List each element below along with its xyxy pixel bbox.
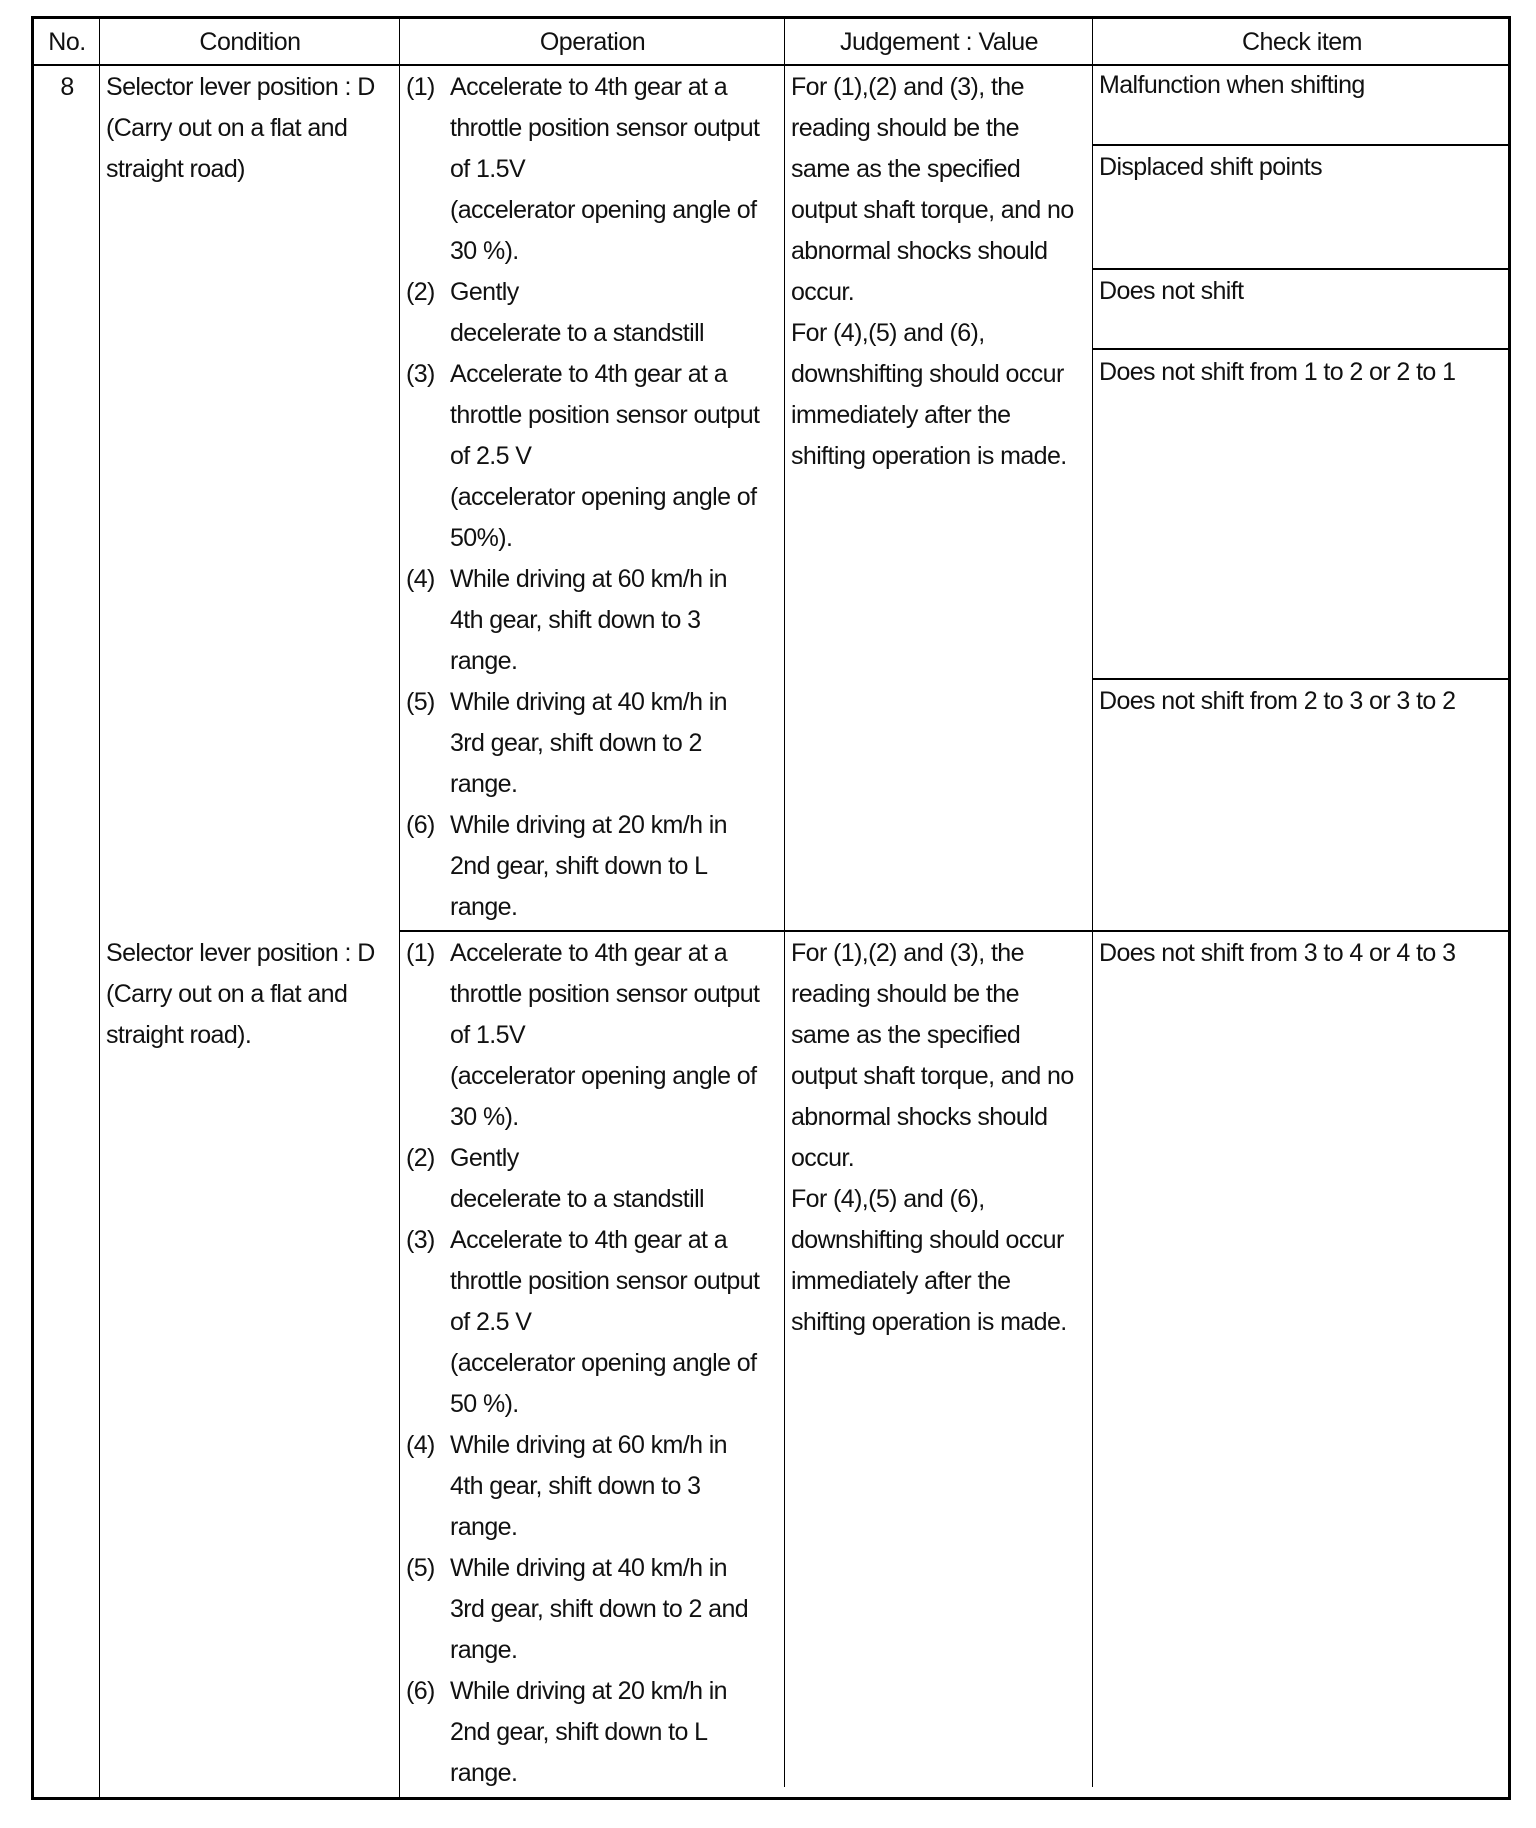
header-check-item: Check item bbox=[1093, 19, 1511, 66]
judgement-line: same as the specified bbox=[791, 1015, 1074, 1056]
operation-line: 4th gear, shift down to 3 bbox=[450, 1466, 759, 1507]
operation-line: (accelerator opening angle of bbox=[450, 1056, 759, 1097]
operation-line: decelerate to a standstill bbox=[450, 1179, 759, 1220]
judgement-line: occur. bbox=[791, 1138, 1074, 1179]
operation-step: (5)While driving at 40 km/h in3rd gear, … bbox=[400, 682, 759, 805]
operation-line: While driving at 60 km/h in bbox=[450, 1425, 759, 1466]
step-number: (2) bbox=[406, 272, 435, 313]
check-item-divider bbox=[1092, 268, 1511, 270]
header-no: No. bbox=[34, 19, 100, 66]
operation-line: While driving at 20 km/h in bbox=[450, 1671, 759, 1712]
condition-line: (Carry out on a flat and bbox=[106, 108, 375, 149]
judgement-line: reading should be the bbox=[791, 108, 1074, 149]
operation-line: 50 %). bbox=[450, 1384, 759, 1425]
judgement-line: For (4),(5) and (6), bbox=[791, 313, 1074, 354]
check-item: Malfunction when shifting bbox=[1099, 65, 1365, 106]
step-number: (5) bbox=[406, 682, 435, 723]
operation-cell: (1)Accelerate to 4th gear at athrottle p… bbox=[400, 933, 759, 1794]
judgement-line: output shaft torque, and no bbox=[791, 190, 1074, 231]
operation-line: 2nd gear, shift down to L bbox=[450, 846, 759, 887]
condition-cell: Selector lever position : D(Carry out on… bbox=[106, 67, 375, 190]
step-number: (4) bbox=[406, 559, 435, 600]
operation-line: Accelerate to 4th gear at a bbox=[450, 933, 759, 974]
judgement-line: For (4),(5) and (6), bbox=[791, 1179, 1074, 1220]
condition-line: Selector lever position : D bbox=[106, 933, 375, 974]
operation-step: (2)Gentlydecelerate to a standstill bbox=[400, 1138, 759, 1220]
operation-step: (4)While driving at 60 km/h in4th gear, … bbox=[400, 559, 759, 682]
step-number: (1) bbox=[406, 67, 435, 108]
row-number: 8 bbox=[34, 67, 100, 108]
operation-line: of 1.5V bbox=[450, 1015, 759, 1056]
operation-line: (accelerator opening angle of bbox=[450, 1343, 759, 1384]
operation-line: Gently bbox=[450, 272, 759, 313]
judgement-line: For (1),(2) and (3), the bbox=[791, 933, 1074, 974]
operation-step: (6)While driving at 20 km/h in2nd gear, … bbox=[400, 805, 759, 928]
judgement-line: shifting operation is made. bbox=[791, 436, 1074, 477]
inspection-table: No. Condition Operation Judgement : Valu… bbox=[31, 16, 1511, 1800]
operation-line: decelerate to a standstill bbox=[450, 313, 759, 354]
operation-line: Accelerate to 4th gear at a bbox=[450, 354, 759, 395]
column-divider-no bbox=[99, 19, 100, 1800]
step-number: (3) bbox=[406, 1220, 435, 1261]
operation-line: 30 %). bbox=[450, 1097, 759, 1138]
header-condition: Condition bbox=[100, 19, 400, 66]
check-item: Does not shift from 3 to 4 or 4 to 3 bbox=[1099, 933, 1455, 974]
operation-step: (6)While driving at 20 km/h in2nd gear, … bbox=[400, 1671, 759, 1794]
operation-step: (1)Accelerate to 4th gear at athrottle p… bbox=[400, 67, 759, 272]
operation-line: (accelerator opening angle of bbox=[450, 477, 759, 518]
step-number: (3) bbox=[406, 354, 435, 395]
step-number: (4) bbox=[406, 1425, 435, 1466]
operation-line: Gently bbox=[450, 1138, 759, 1179]
condition-line: (Carry out on a flat and bbox=[106, 974, 375, 1015]
judgement-line: immediately after the bbox=[791, 395, 1074, 436]
operation-line: 2nd gear, shift down to L bbox=[450, 1712, 759, 1753]
column-divider-operation bbox=[784, 19, 785, 1787]
operation-step: (3)Accelerate to 4th gear at athrottle p… bbox=[400, 354, 759, 559]
operation-line: range. bbox=[450, 1630, 759, 1671]
operation-line: 4th gear, shift down to 3 bbox=[450, 600, 759, 641]
operation-line: range. bbox=[450, 887, 759, 928]
judgement-cell: For (1),(2) and (3), thereading should b… bbox=[791, 933, 1074, 1343]
operation-line: of 2.5 V bbox=[450, 436, 759, 477]
operation-step: (4)While driving at 60 km/h in4th gear, … bbox=[400, 1425, 759, 1548]
judgement-line: reading should be the bbox=[791, 974, 1074, 1015]
operation-line: Accelerate to 4th gear at a bbox=[450, 1220, 759, 1261]
judgement-cell: For (1),(2) and (3), thereading should b… bbox=[791, 67, 1074, 477]
operation-line: (accelerator opening angle of bbox=[450, 190, 759, 231]
operation-line: throttle position sensor output bbox=[450, 974, 759, 1015]
step-number: (6) bbox=[406, 805, 435, 846]
judgement-line: output shaft torque, and no bbox=[791, 1056, 1074, 1097]
judgement-line: immediately after the bbox=[791, 1261, 1074, 1302]
operation-cell: (1)Accelerate to 4th gear at athrottle p… bbox=[400, 67, 759, 928]
operation-line: throttle position sensor output bbox=[450, 1261, 759, 1302]
operation-step: (2)Gentlydecelerate to a standstill bbox=[400, 272, 759, 354]
operation-line: of 1.5V bbox=[450, 149, 759, 190]
operation-line: While driving at 40 km/h in bbox=[450, 1548, 759, 1589]
step-number: (6) bbox=[406, 1671, 435, 1712]
column-divider-judgement bbox=[1092, 19, 1093, 1787]
check-item-divider bbox=[1092, 144, 1511, 146]
check-item-divider bbox=[1092, 348, 1511, 350]
condition-line: straight road). bbox=[106, 1015, 375, 1056]
operation-line: of 2.5 V bbox=[450, 1302, 759, 1343]
operation-line: 30 %). bbox=[450, 231, 759, 272]
operation-line: range. bbox=[450, 764, 759, 805]
check-item-divider bbox=[1092, 678, 1511, 680]
operation-step: (5)While driving at 40 km/h in3rd gear, … bbox=[400, 1548, 759, 1671]
operation-line: range. bbox=[450, 1507, 759, 1548]
check-item: Displaced shift points bbox=[1099, 147, 1322, 188]
operation-line: 3rd gear, shift down to 2 and bbox=[450, 1589, 759, 1630]
step-number: (2) bbox=[406, 1138, 435, 1179]
operation-step: (3)Accelerate to 4th gear at athrottle p… bbox=[400, 1220, 759, 1425]
condition-line: Selector lever position : D bbox=[106, 67, 375, 108]
judgement-line: abnormal shocks should bbox=[791, 231, 1074, 272]
judgement-line: For (1),(2) and (3), the bbox=[791, 67, 1074, 108]
operation-line: While driving at 40 km/h in bbox=[450, 682, 759, 723]
operation-step: (1)Accelerate to 4th gear at athrottle p… bbox=[400, 933, 759, 1138]
check-item: Does not shift from 1 to 2 or 2 to 1 bbox=[1099, 352, 1455, 393]
header-operation: Operation bbox=[400, 19, 785, 66]
operation-line: 50%). bbox=[450, 518, 759, 559]
header-judgement: Judgement : Value bbox=[785, 19, 1093, 66]
condition-cell: Selector lever position : D(Carry out on… bbox=[106, 933, 375, 1056]
step-number: (1) bbox=[406, 933, 435, 974]
operation-line: range. bbox=[450, 641, 759, 682]
check-item: Does not shift bbox=[1099, 271, 1243, 312]
operation-line: 3rd gear, shift down to 2 bbox=[450, 723, 759, 764]
operation-line: range. bbox=[450, 1753, 759, 1794]
operation-line: throttle position sensor output bbox=[450, 395, 759, 436]
judgement-line: downshifting should occur bbox=[791, 1220, 1074, 1261]
operation-line: throttle position sensor output bbox=[450, 108, 759, 149]
block-divider bbox=[399, 930, 1511, 932]
operation-line: Accelerate to 4th gear at a bbox=[450, 67, 759, 108]
operation-line: While driving at 20 km/h in bbox=[450, 805, 759, 846]
judgement-line: occur. bbox=[791, 272, 1074, 313]
check-item: Does not shift from 2 to 3 or 3 to 2 bbox=[1099, 681, 1455, 722]
judgement-line: downshifting should occur bbox=[791, 354, 1074, 395]
judgement-line: same as the specified bbox=[791, 149, 1074, 190]
judgement-line: abnormal shocks should bbox=[791, 1097, 1074, 1138]
step-number: (5) bbox=[406, 1548, 435, 1589]
condition-line: straight road) bbox=[106, 149, 375, 190]
operation-line: While driving at 60 km/h in bbox=[450, 559, 759, 600]
judgement-line: shifting operation is made. bbox=[791, 1302, 1074, 1343]
